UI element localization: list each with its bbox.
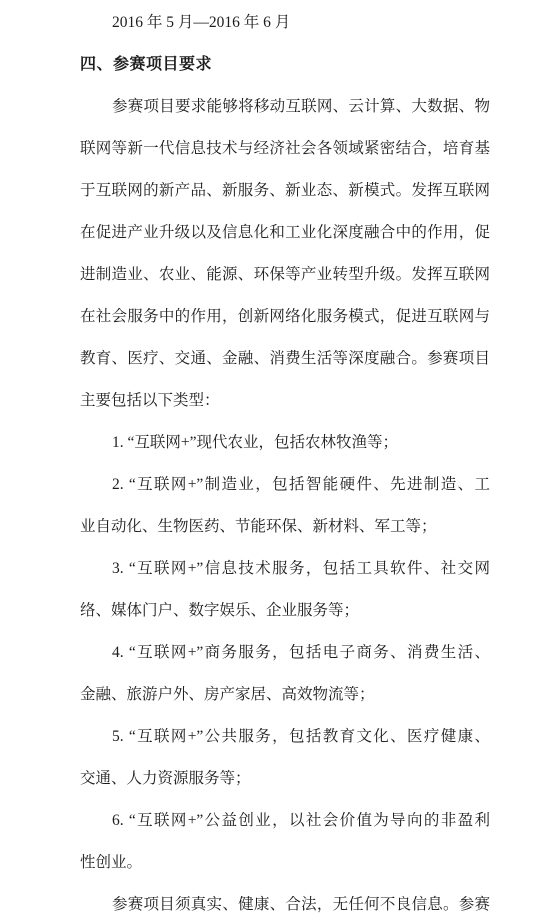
date-line: 2016 年 5 月—2016 年 6 月 [80, 2, 490, 44]
text-line: 于互联网的新产品、新服务、新业态、新模式。发挥互联网 [80, 170, 490, 212]
list-item-line: 2. “互联网+”制造业，包括智能硬件、先进制造、工 [80, 464, 490, 506]
text-line: 金融、旅游户外、房产家居、高效物流等； [80, 674, 490, 716]
text-line: 参赛项目须真实、健康、合法，无任何不良信息。参赛 [80, 884, 490, 923]
text-line: 业自动化、生物医药、节能环保、新材料、军工等； [80, 506, 490, 548]
text-line: 主要包括以下类型： [80, 380, 490, 422]
list-item-line: 6. “互联网+”公益创业，以社会价值为导向的非盈利 [80, 800, 490, 842]
list-item-line: 3. “互联网+”信息技术服务，包括工具软件、社交网 [80, 548, 490, 590]
list-item-line: 4. “互联网+”商务服务，包括电子商务、消费生活、 [80, 632, 490, 674]
text-line: 络、媒体门户、数字娱乐、企业服务等； [80, 590, 490, 632]
text-line: 交通、人力资源服务等； [80, 758, 490, 800]
text-line: 在社会服务中的作用，创新网络化服务模式，促进互联网与 [80, 296, 490, 338]
text-line: 性创业。 [80, 842, 490, 884]
document-page: 2016 年 5 月—2016 年 6 月四、参赛项目要求参赛项目要求能够将移动… [0, 0, 554, 923]
document-body: 2016 年 5 月—2016 年 6 月四、参赛项目要求参赛项目要求能够将移动… [0, 0, 554, 923]
text-line: 进制造业、农业、能源、环保等产业转型升级。发挥互联网 [80, 254, 490, 296]
text-line: 联网等新一代信息技术与经济社会各领域紧密结合，培育基 [80, 128, 490, 170]
text-line: 参赛项目要求能够将移动互联网、云计算、大数据、物 [80, 86, 490, 128]
text-line: 教育、医疗、交通、金融、消费生活等深度融合。参赛项目 [80, 338, 490, 380]
section-heading: 四、参赛项目要求 [80, 44, 490, 86]
text-line: 在促进产业升级以及信息化和工业化深度融合中的作用，促 [80, 212, 490, 254]
list-item-line: 1. “互联网+”现代农业，包括农林牧渔等； [80, 422, 490, 464]
list-item-line: 5. “互联网+”公共服务，包括教育文化、医疗健康、 [80, 716, 490, 758]
